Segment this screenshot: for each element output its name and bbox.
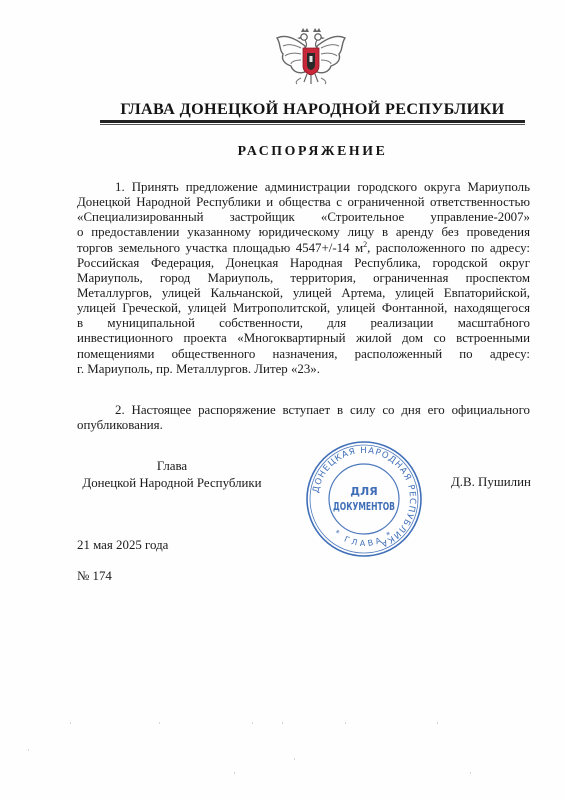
paragraph-2: 2. Настоящее распоряжение вступает в сил… bbox=[77, 403, 530, 433]
dpr-coat-of-arms-icon bbox=[271, 26, 351, 90]
paragraph-line: «Специализированный застройщик «Строител… bbox=[77, 210, 530, 225]
paragraph-line-area: торгов земельного участка площадью 4547+… bbox=[77, 241, 530, 256]
document-type-title: РАСПОРЯЖЕНИЕ bbox=[100, 143, 525, 159]
signatory-role-line-1: Глава bbox=[77, 458, 267, 475]
organization-title: ГЛАВА ДОНЕЦКОЙ НАРОДНОЙ РЕСПУБЛИКИ bbox=[100, 100, 525, 119]
stamp-center-line-2: ДОКУМЕНТОВ bbox=[333, 501, 395, 513]
scan-speck bbox=[234, 772, 235, 774]
paragraph-1: 1. Принять предложение администрации гор… bbox=[77, 180, 530, 377]
paragraph-line: Металлургов, улицей Кальчанской, улицей … bbox=[77, 286, 530, 301]
paragraph-line: 2. Настоящее распоряжение вступает в сил… bbox=[77, 403, 530, 418]
paragraph-line: Донецкой Народной Республики и общества … bbox=[77, 195, 530, 210]
scan-speck bbox=[252, 722, 253, 724]
paragraph-line: Российская Федерация, Донецкая Народная … bbox=[77, 256, 530, 271]
scan-speck bbox=[470, 772, 471, 774]
paragraph-line: г. Мариуполь, пр. Металлургов. Литер «23… bbox=[77, 362, 530, 377]
paragraph-line: Мариуполь, город Мариуполь, территория, … bbox=[77, 271, 530, 286]
paragraph-line: инвестиционного проекта «Многоквартирный… bbox=[77, 331, 530, 346]
paragraph-line: о предоставлении указанному юридическому… bbox=[77, 225, 530, 240]
official-stamp: ДОНЕЦКАЯ НАРОДНАЯ РЕСПУБЛИКА * ГЛАВА * Д… bbox=[304, 439, 424, 559]
signatory-role: Глава Донецкой Народной Республики bbox=[77, 458, 267, 491]
scan-speck bbox=[70, 722, 71, 724]
paragraph-line: в муниципальной собственности, для реали… bbox=[77, 316, 530, 331]
scan-speck bbox=[159, 722, 160, 724]
paragraph-line: 1. Принять предложение администрации гор… bbox=[77, 180, 530, 195]
paragraph-line: помещениями общественного назначения, ра… bbox=[77, 347, 530, 362]
area-tail-text: , расположенного по адресу: bbox=[367, 241, 530, 255]
document-page: ГЛАВА ДОНЕЦКОЙ НАРОДНОЙ РЕСПУБЛИКИ РАСПО… bbox=[0, 0, 565, 800]
scan-speck bbox=[28, 749, 29, 751]
document-number: № 174 bbox=[77, 569, 112, 584]
paragraph-line: опубликования. bbox=[77, 418, 530, 433]
scan-speck bbox=[345, 722, 346, 724]
header-divider-thin bbox=[100, 124, 525, 125]
scan-speck bbox=[437, 722, 438, 724]
signatory-name: Д.В. Пушилин bbox=[451, 475, 531, 490]
area-text: торгов земельного участка площадью 4547+… bbox=[77, 241, 363, 255]
header-divider-thick bbox=[100, 120, 525, 123]
signatory-role-line-2: Донецкой Народной Республики bbox=[77, 475, 267, 492]
scan-speck bbox=[282, 722, 283, 724]
scan-speck bbox=[294, 758, 295, 760]
document-date: 21 мая 2025 года bbox=[77, 538, 168, 553]
stamp-center-line-1: ДЛЯ bbox=[350, 485, 377, 498]
paragraph-line: улицей Греческой, улицей Митрополитской,… bbox=[77, 301, 530, 316]
